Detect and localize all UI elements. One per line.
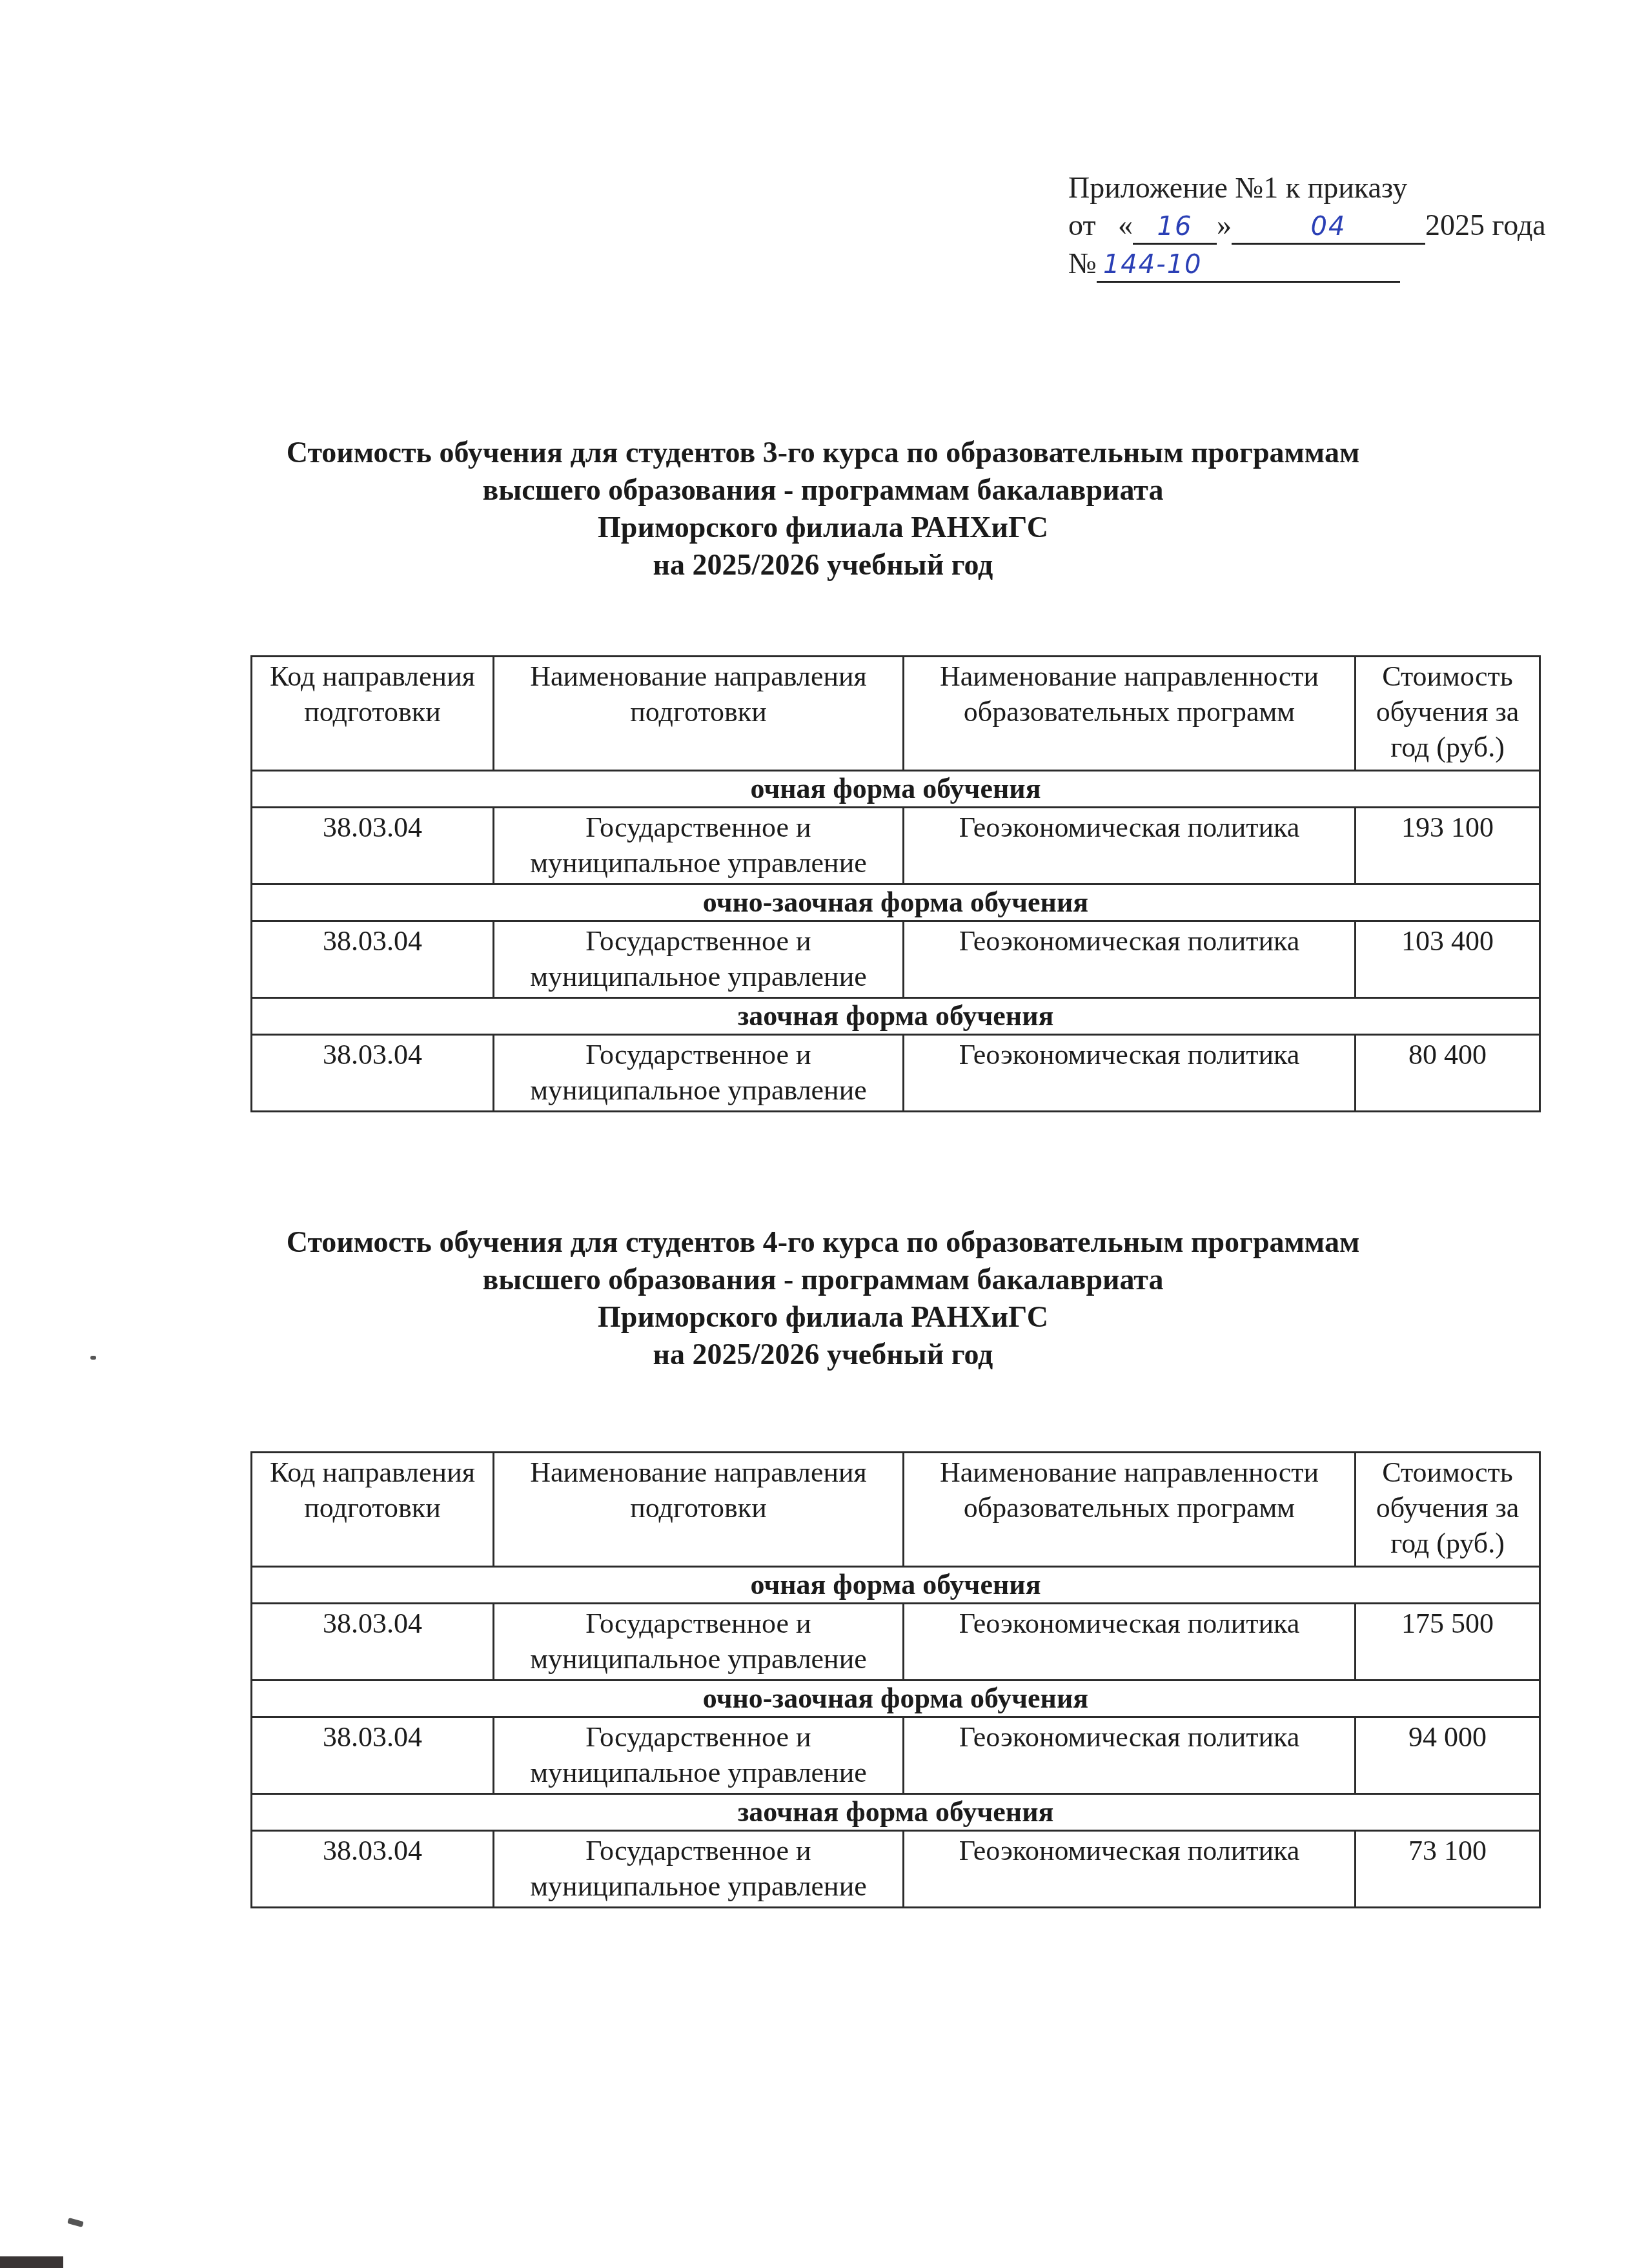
cell-cost: 94 000 bbox=[1356, 1717, 1540, 1794]
cell-cost: 103 400 bbox=[1356, 921, 1540, 998]
cell-code: 38.03.04 bbox=[252, 1035, 494, 1112]
cell-code: 38.03.04 bbox=[252, 1831, 494, 1908]
study-form-label: заочная форма обучения bbox=[252, 1794, 1540, 1831]
title-line: Приморского филиала РАНХиГС bbox=[0, 1298, 1646, 1336]
tuition-table-3rd-year: Код направления подготовки Наименование … bbox=[250, 655, 1541, 1112]
title-line: на 2025/2026 учебный год bbox=[0, 546, 1646, 584]
header-code: Код направления подготовки bbox=[252, 1453, 494, 1567]
cell-program: Геоэкономическая политика bbox=[904, 1717, 1356, 1794]
order-month-handwritten: 04 bbox=[1311, 212, 1346, 241]
cell-direction: Государственное и муниципальное управлен… bbox=[494, 1717, 904, 1794]
table-row: 38.03.04 Государственное и муниципальное… bbox=[252, 1604, 1540, 1681]
order-month-field: 04 bbox=[1232, 209, 1425, 245]
table-header-row: Код направления подготовки Наименование … bbox=[252, 657, 1540, 771]
table-row: 38.03.04 Государственное и муниципальное… bbox=[252, 1717, 1540, 1794]
header-code: Код направления подготовки bbox=[252, 657, 494, 771]
study-form-row: очно-заочная форма обучения bbox=[252, 1681, 1540, 1717]
cell-program: Геоэкономическая политика bbox=[904, 1604, 1356, 1681]
table-row: 38.03.04 Государственное и муниципальное… bbox=[252, 808, 1540, 884]
scan-speck bbox=[90, 1356, 96, 1360]
study-form-label: очно-заочная форма обучения bbox=[252, 1681, 1540, 1717]
appendix-title: Приложение №1 к приказу bbox=[1068, 169, 1546, 207]
order-day-field: 16 bbox=[1133, 209, 1217, 245]
cell-cost: 175 500 bbox=[1356, 1604, 1540, 1681]
title-line: на 2025/2026 учебный год bbox=[0, 1336, 1646, 1373]
table-row: 38.03.04 Государственное и муниципальное… bbox=[252, 921, 1540, 998]
order-date-line: от «16»042025 года bbox=[1068, 207, 1546, 245]
cell-direction: Государственное и муниципальное управлен… bbox=[494, 1035, 904, 1112]
cell-program: Геоэкономическая политика bbox=[904, 1035, 1356, 1112]
title-line: Стоимость обучения для студентов 3-го ку… bbox=[0, 434, 1646, 471]
study-form-row: очная форма обучения bbox=[252, 771, 1540, 808]
cell-program: Геоэкономическая политика bbox=[904, 808, 1356, 884]
study-form-label: очная форма обучения bbox=[252, 771, 1540, 808]
scan-edge-artifact bbox=[0, 2256, 63, 2268]
title-line: Стоимость обучения для студентов 4-го ку… bbox=[0, 1223, 1646, 1261]
scan-speck bbox=[67, 2218, 84, 2227]
cell-code: 38.03.04 bbox=[252, 808, 494, 884]
cell-code: 38.03.04 bbox=[252, 1604, 494, 1681]
header-cost: Стоимость обучения за год (руб.) bbox=[1356, 657, 1540, 771]
title-line: высшего образования - программам бакалав… bbox=[0, 1261, 1646, 1298]
study-form-row: заочная форма обучения bbox=[252, 1794, 1540, 1831]
quote-open: « bbox=[1118, 209, 1133, 241]
order-number-line: №144-10 bbox=[1068, 245, 1546, 283]
cell-cost: 80 400 bbox=[1356, 1035, 1540, 1112]
cell-program: Геоэкономическая политика bbox=[904, 921, 1356, 998]
header-cost: Стоимость обучения за год (руб.) bbox=[1356, 1453, 1540, 1567]
study-form-label: очная форма обучения bbox=[252, 1567, 1540, 1604]
title-line: Приморского филиала РАНХиГС bbox=[0, 509, 1646, 546]
order-day-handwritten: 16 bbox=[1157, 212, 1193, 241]
quote-close: » bbox=[1217, 209, 1232, 241]
title-line: высшего образования - программам бакалав… bbox=[0, 471, 1646, 509]
appendix-block: Приложение №1 к приказу от «16»042025 го… bbox=[1068, 169, 1546, 283]
table-row: 38.03.04 Государственное и муниципальное… bbox=[252, 1035, 1540, 1112]
order-number-field: 144-10 bbox=[1097, 247, 1400, 283]
study-form-row: очная форма обучения bbox=[252, 1567, 1540, 1604]
date-prefix: от bbox=[1068, 209, 1096, 241]
cell-direction: Государственное и муниципальное управлен… bbox=[494, 921, 904, 998]
order-number-handwritten: 144-10 bbox=[1103, 250, 1203, 280]
study-form-row: очно-заочная форма обучения bbox=[252, 884, 1540, 921]
table-row: 38.03.04 Государственное и муниципальное… bbox=[252, 1831, 1540, 1908]
section-title-3rd-year: Стоимость обучения для студентов 3-го ку… bbox=[0, 434, 1646, 584]
cell-cost: 193 100 bbox=[1356, 808, 1540, 884]
order-year: 2025 года bbox=[1425, 209, 1546, 241]
study-form-label: заочная форма обучения bbox=[252, 998, 1540, 1035]
study-form-row: заочная форма обучения bbox=[252, 998, 1540, 1035]
section-title-4th-year: Стоимость обучения для студентов 4-го ку… bbox=[0, 1223, 1646, 1373]
cell-direction: Государственное и муниципальное управлен… bbox=[494, 1831, 904, 1908]
header-program: Наименование направленности образователь… bbox=[904, 657, 1356, 771]
cell-cost: 73 100 bbox=[1356, 1831, 1540, 1908]
header-direction: Наименование направления подготовки bbox=[494, 1453, 904, 1567]
number-sign: № bbox=[1068, 247, 1097, 280]
cell-direction: Государственное и муниципальное управлен… bbox=[494, 808, 904, 884]
cell-program: Геоэкономическая политика bbox=[904, 1831, 1356, 1908]
cell-code: 38.03.04 bbox=[252, 921, 494, 998]
header-program: Наименование направленности образователь… bbox=[904, 1453, 1356, 1567]
study-form-label: очно-заочная форма обучения bbox=[252, 884, 1540, 921]
table-header-row: Код направления подготовки Наименование … bbox=[252, 1453, 1540, 1567]
header-direction: Наименование направления подготовки bbox=[494, 657, 904, 771]
cell-code: 38.03.04 bbox=[252, 1717, 494, 1794]
tuition-table-4th-year: Код направления подготовки Наименование … bbox=[250, 1451, 1541, 1908]
cell-direction: Государственное и муниципальное управлен… bbox=[494, 1604, 904, 1681]
